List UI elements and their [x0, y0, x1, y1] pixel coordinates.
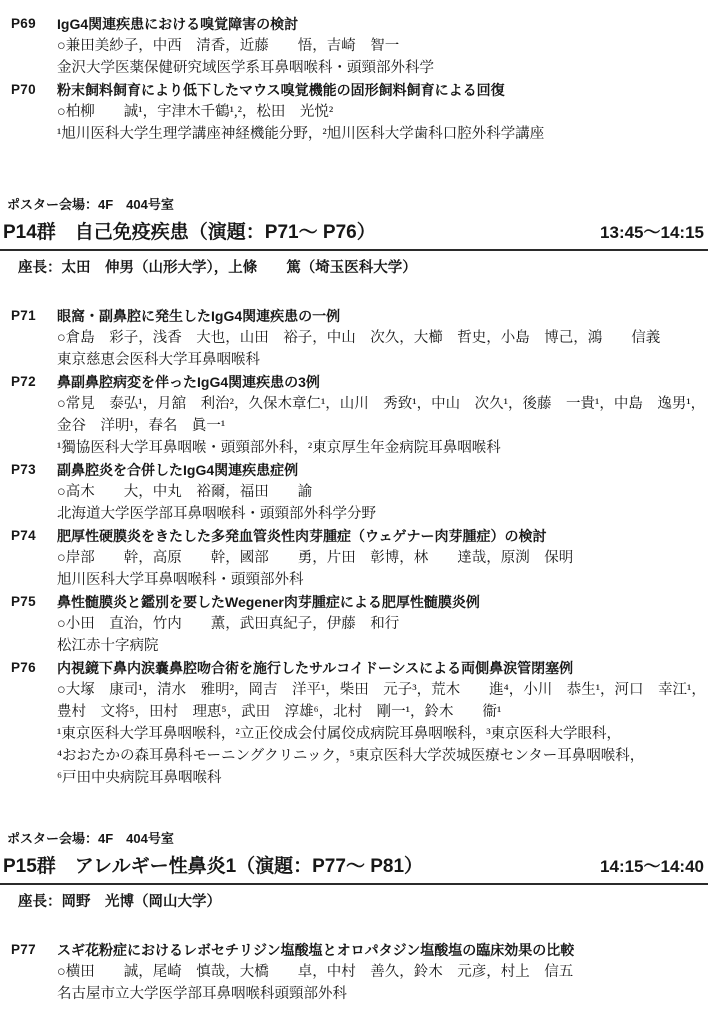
entry-affiliation: 金沢大学医薬保健研究域医学系耳鼻咽喉科・頭頸部外科学 [57, 57, 708, 79]
entry-title: 副鼻腔炎を合併したIgG4関連疾患症例 [57, 459, 708, 481]
top-entries-section: P69 IgG4関連疾患における嗅覚障害の検討 ○兼田美紗子，中西 清香，近藤 … [0, 13, 708, 145]
entry-authors: ○小田 直治，竹内 薫，武田真紀子，伊藤 和行 [57, 613, 708, 635]
session-title: P14群 自己免疫疾患（演題：P71～ P76） [3, 221, 376, 245]
session-entries: P77 スギ花粉症におけるレボセチリジン塩酸塩とオロパタジン塩酸塩の臨床効果の比… [0, 939, 708, 1005]
entry-affiliation: ¹獨協医科大学耳鼻咽喉・頭頸部外科，²東京厚生年金病院耳鼻咽喉科 [57, 437, 708, 459]
session-p14: ポスター会場：4F 404号室 P14群 自己免疫疾患（演題：P71～ P76）… [0, 196, 708, 789]
entry-affiliation: ¹東京医科大学耳鼻咽喉科，²立正佼成会付属佼成病院耳鼻咽喉科，³東京医科大学眼科… [57, 723, 708, 745]
program-entry: P73 副鼻腔炎を合併したIgG4関連疾患症例 ○高木 大，中丸 裕爾，福田 諭… [11, 459, 708, 525]
program-entry: P76 内視鏡下鼻内涙嚢鼻腔吻合術を施行したサルコイドーシスによる両側鼻涙管閉塞… [11, 657, 708, 789]
session-p15: ポスター会場：4F 404号室 P15群 アレルギー性鼻炎1（演題：P77～ P… [0, 830, 708, 1005]
entry-number: P71 [11, 308, 36, 323]
entry-authors: ○高木 大，中丸 裕爾，福田 諭 [57, 481, 708, 503]
entry-title: 鼻性髄膜炎と鑑別を要したWegener肉芽腫症による肥厚性髄膜炎例 [57, 591, 708, 613]
entry-affiliation: ¹旭川医科大学生理学講座神経機能分野，²旭川医科大学歯科口腔外科学講座 [57, 123, 708, 145]
entry-title: 肥厚性硬膜炎をきたした多発血管炎性肉芽腫症（ウェゲナー肉芽腫症）の検討 [57, 525, 708, 547]
entry-authors: ○岸部 幹，高原 幹，國部 勇，片田 彰博，林 達哉，原渕 保明 [57, 547, 708, 569]
session-time: 14:15～14:40 [600, 855, 704, 879]
session-chair: 座長：太田 伸男（山形大学），上條 篤（埼玉医科大学） [18, 258, 708, 278]
entry-number: P73 [11, 462, 36, 477]
entry-affiliation: ⁶戸田中央病院耳鼻咽喉科 [57, 767, 708, 789]
entry-number: P77 [11, 942, 36, 957]
entry-authors: ○兼田美紗子，中西 清香，近藤 悟，吉崎 智一 [57, 35, 708, 57]
entry-number: P74 [11, 528, 36, 543]
program-entry: P70 粉末飼料飼育により低下したマウス嗅覚機能の固形飼料飼育による回復 ○柏柳… [11, 79, 708, 145]
entry-affiliation: 名古屋市立大学医学部耳鼻咽喉科頭頸部外科 [57, 983, 708, 1005]
entry-title: 眼窩・副鼻腔に発生したIgG4関連疾患の一例 [57, 305, 708, 327]
entry-title: 内視鏡下鼻内涙嚢鼻腔吻合術を施行したサルコイドーシスによる両側鼻涙管閉塞例 [57, 657, 708, 679]
entry-affiliation: 松江赤十字病院 [57, 635, 708, 657]
session-entries: P71 眼窩・副鼻腔に発生したIgG4関連疾患の一例 ○倉島 彩子，浅香 大也，… [0, 305, 708, 789]
program-entry: P72 鼻副鼻腔病変を伴ったIgG4関連疾患の3例 ○常見 泰弘¹，月舘 利治²… [11, 371, 708, 459]
entry-authors: ○大塚 康司¹，清水 雅明²，岡吉 洋平¹，柴田 元子³，荒木 進⁴，小川 恭生… [57, 679, 708, 701]
entry-authors: ○横田 誠，尾崎 慎哉，大橋 卓，中村 善久，鈴木 元彦，村上 信五 [57, 961, 708, 983]
entry-authors: ○倉島 彩子，浅香 大也，山田 裕子，中山 次久，大櫛 哲史，小島 博己，鴻 信… [57, 327, 708, 349]
program-entry: P69 IgG4関連疾患における嗅覚障害の検討 ○兼田美紗子，中西 清香，近藤 … [11, 13, 708, 79]
entry-affiliation: 北海道大学医学部耳鼻咽喉科・頭頸部外科学分野 [57, 503, 708, 525]
session-header: P14群 自己免疫疾患（演題：P71～ P76） 13:45～14:15 [0, 221, 708, 251]
program-entry: P77 スギ花粉症におけるレボセチリジン塩酸塩とオロパタジン塩酸塩の臨床効果の比… [11, 939, 708, 1005]
entry-authors: ○柏柳 誠¹，宇津木千鶴¹,²，松田 光悦² [57, 101, 708, 123]
entry-title: スギ花粉症におけるレボセチリジン塩酸塩とオロパタジン塩酸塩の臨床効果の比較 [57, 939, 708, 961]
session-chair: 座長：岡野 光博（岡山大学） [18, 892, 708, 912]
entry-affiliation: 東京慈恵会医科大学耳鼻咽喉科 [57, 349, 708, 371]
entry-number: P72 [11, 374, 36, 389]
entry-authors: 金谷 洋明¹，春名 眞一¹ [57, 415, 708, 437]
program-entry: P75 鼻性髄膜炎と鑑別を要したWegener肉芽腫症による肥厚性髄膜炎例 ○小… [11, 591, 708, 657]
entry-number: P75 [11, 594, 36, 609]
entry-authors: 豊村 文将⁵，田村 理恵⁵，武田 淳雄⁶，北村 剛一¹，鈴木 衞¹ [57, 701, 708, 723]
program-page: P69 IgG4関連疾患における嗅覚障害の検討 ○兼田美紗子，中西 清香，近藤 … [0, 0, 708, 1016]
venue-label: ポスター会場：4F 404号室 [7, 196, 708, 213]
session-title: P15群 アレルギー性鼻炎1（演題：P77～ P81） [3, 855, 423, 879]
session-time: 13:45～14:15 [600, 221, 704, 245]
entry-number: P70 [11, 82, 36, 97]
entry-title: 粉末飼料飼育により低下したマウス嗅覚機能の固形飼料飼育による回復 [57, 79, 708, 101]
entry-affiliation: 旭川医科大学耳鼻咽喉科・頭頸部外科 [57, 569, 708, 591]
entry-affiliation: ⁴おおたかの森耳鼻科モーニングクリニック，⁵東京医科大学茨城医療センター耳鼻咽喉… [57, 745, 708, 767]
program-entry: P74 肥厚性硬膜炎をきたした多発血管炎性肉芽腫症（ウェゲナー肉芽腫症）の検討 … [11, 525, 708, 591]
entry-authors: ○常見 泰弘¹，月舘 利治²，久保木章仁¹，山川 秀致¹，中山 次久¹，後藤 一… [57, 393, 708, 415]
entry-number: P69 [11, 16, 36, 31]
entry-title: IgG4関連疾患における嗅覚障害の検討 [57, 13, 708, 35]
program-entry: P71 眼窩・副鼻腔に発生したIgG4関連疾患の一例 ○倉島 彩子，浅香 大也，… [11, 305, 708, 371]
entry-title: 鼻副鼻腔病変を伴ったIgG4関連疾患の3例 [57, 371, 708, 393]
session-header: P15群 アレルギー性鼻炎1（演題：P77～ P81） 14:15～14:40 [0, 855, 708, 885]
venue-label: ポスター会場：4F 404号室 [7, 830, 708, 847]
entry-number: P76 [11, 660, 36, 675]
